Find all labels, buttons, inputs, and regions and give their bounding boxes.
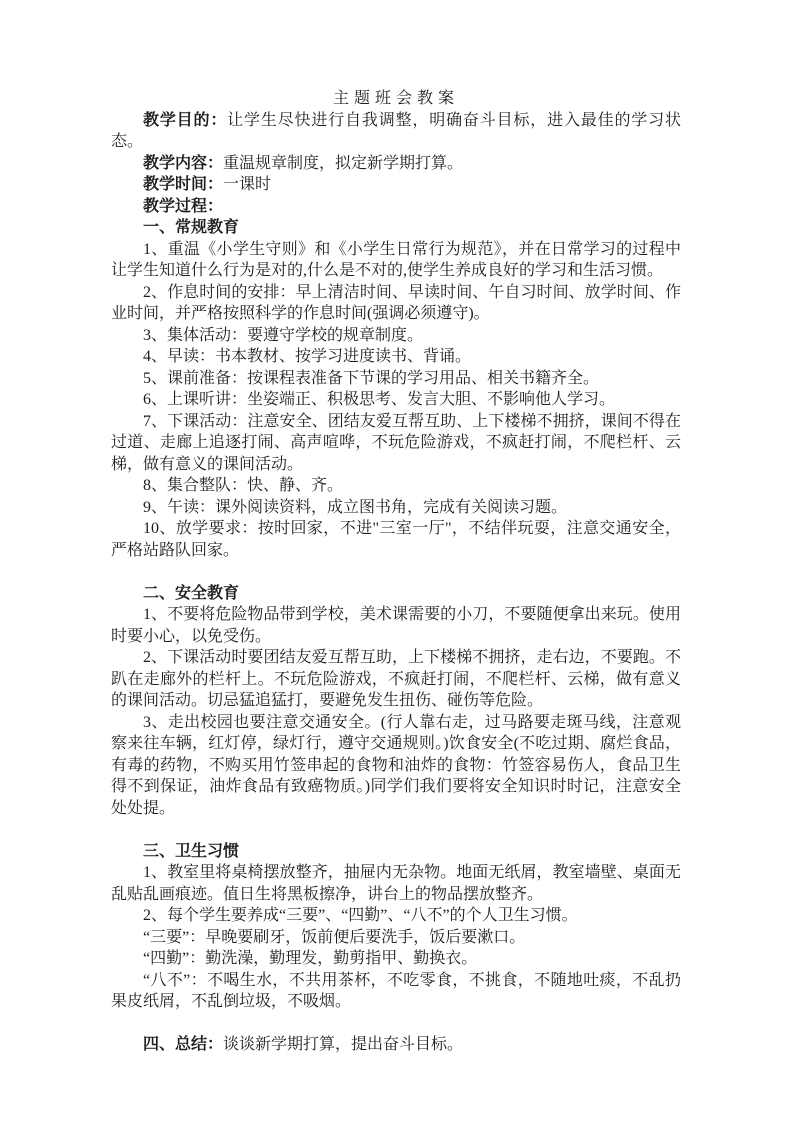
safety-item-2: 2、下课活动时要团结友爱互帮互助，上下楼梯不拥挤，走右边，不要跑。不趴在走廊外的… xyxy=(111,647,681,712)
hygiene-item-four-diligences: “四勤”：勤洗澡，勤理发，勤剪指甲、勤换衣。 xyxy=(111,948,681,970)
meta-teaching-time-text: 一课时 xyxy=(223,176,271,193)
safety-item-1: 1、不要将危险物品带到学校，美术课需要的小刀，不要随便拿出来玩。使用时要小心，以… xyxy=(111,604,681,647)
hygiene-item-1: 1、教室里将桌椅摆放整齐，抽屉内无杂物。地面无纸屑，教室墙壁、桌面无乱贴乱画痕迹… xyxy=(111,862,681,905)
hygiene-item-eight-nots: “八不”：不喝生水，不共用茶杯，不吃零食，不挑食，不随地吐痰，不乱扔果皮纸屑，不… xyxy=(111,970,681,1013)
meta-teaching-goal: 教学目的：让学生尽快进行自我调整，明确奋斗目标，进入最佳的学习状态。 xyxy=(111,110,681,153)
section-summary-text: 谈谈新学期打算，提出奋斗目标。 xyxy=(223,1036,463,1053)
section-routine-education-heading: 一、常规教育 xyxy=(111,217,681,239)
routine-item-4: 4、早读：书本教材、按学习进度读书、背诵。 xyxy=(111,346,681,368)
meta-teaching-process: 教学过程： xyxy=(111,196,681,218)
meta-teaching-time: 教学时间：一课时 xyxy=(111,174,681,196)
document-page: 主题班会教案 教学目的：让学生尽快进行自我调整，明确奋斗目标，进入最佳的学习状态… xyxy=(0,0,793,1122)
section-summary: 四、总结：谈谈新学期打算，提出奋斗目标。 xyxy=(111,1034,681,1056)
meta-teaching-content-text: 重温规章制度，拟定新学期打算。 xyxy=(223,155,463,172)
hygiene-item-three-wants: “三要”：早晚要刷牙，饭前便后要洗手，饭后要漱口。 xyxy=(111,927,681,949)
section-summary-heading: 四、总结： xyxy=(143,1036,223,1053)
section-hygiene-habits: 三、卫生习惯 1、教室里将桌椅摆放整齐，抽屉内无杂物。地面无纸屑，教室墙壁、桌面… xyxy=(111,841,681,1013)
document-title: 主题班会教案 xyxy=(111,88,681,110)
section-safety-education: 二、安全教育 1、不要将危险物品带到学校，美术课需要的小刀，不要随便拿出来玩。使… xyxy=(111,583,681,820)
meta-teaching-content: 教学内容：重温规章制度，拟定新学期打算。 xyxy=(111,153,681,175)
meta-teaching-time-label: 教学时间： xyxy=(143,176,223,193)
routine-item-2: 2、作息时间的安排：早上清洁时间、早读时间、午自习时间、放学时间、作业时间，并严… xyxy=(111,282,681,325)
meta-teaching-process-label: 教学过程： xyxy=(143,198,223,215)
routine-item-5: 5、课前准备：按课程表准备下节课的学习用品、相关书籍齐全。 xyxy=(111,368,681,390)
summary-line: 四、总结：谈谈新学期打算，提出奋斗目标。 xyxy=(111,1034,681,1056)
hygiene-item-2: 2、每个学生要养成“三要”、“四勤”、“八不”的个人卫生习惯。 xyxy=(111,905,681,927)
section-routine-education: 一、常规教育 1、重温《小学生守则》和《小学生日常行为规范》，并在日常学习的过程… xyxy=(111,217,681,561)
routine-item-9: 9、午读：课外阅读资料，成立图书角，完成有关阅读习题。 xyxy=(111,497,681,519)
meta-teaching-content-label: 教学内容： xyxy=(143,155,223,172)
routine-item-3: 3、集体活动：要遵守学校的规章制度。 xyxy=(111,325,681,347)
routine-item-8: 8、集合整队：快、静、齐。 xyxy=(111,475,681,497)
routine-item-1: 1、重温《小学生守则》和《小学生日常行为规范》，并在日常学习的过程中让学生知道什… xyxy=(111,239,681,282)
routine-item-6: 6、上课听讲：坐姿端正、积极思考、发言大胆、不影响他人学习。 xyxy=(111,389,681,411)
meta-teaching-goal-label: 教学目的： xyxy=(143,112,227,129)
routine-item-7: 7、下课活动：注意安全、团结友爱互帮互助、上下楼梯不拥挤，课间不得在过道、走廊上… xyxy=(111,411,681,476)
routine-item-10: 10、放学要求：按时回家，不进"三室一厅"，不结伴玩耍，注意交通安全，严格站路队… xyxy=(111,518,681,561)
safety-item-3: 3、走出校园也要注意交通安全。(行人靠右走，过马路要走斑马线，注意观察来往车辆，… xyxy=(111,712,681,820)
section-safety-education-heading: 二、安全教育 xyxy=(111,583,681,605)
section-hygiene-habits-heading: 三、卫生习惯 xyxy=(111,841,681,863)
